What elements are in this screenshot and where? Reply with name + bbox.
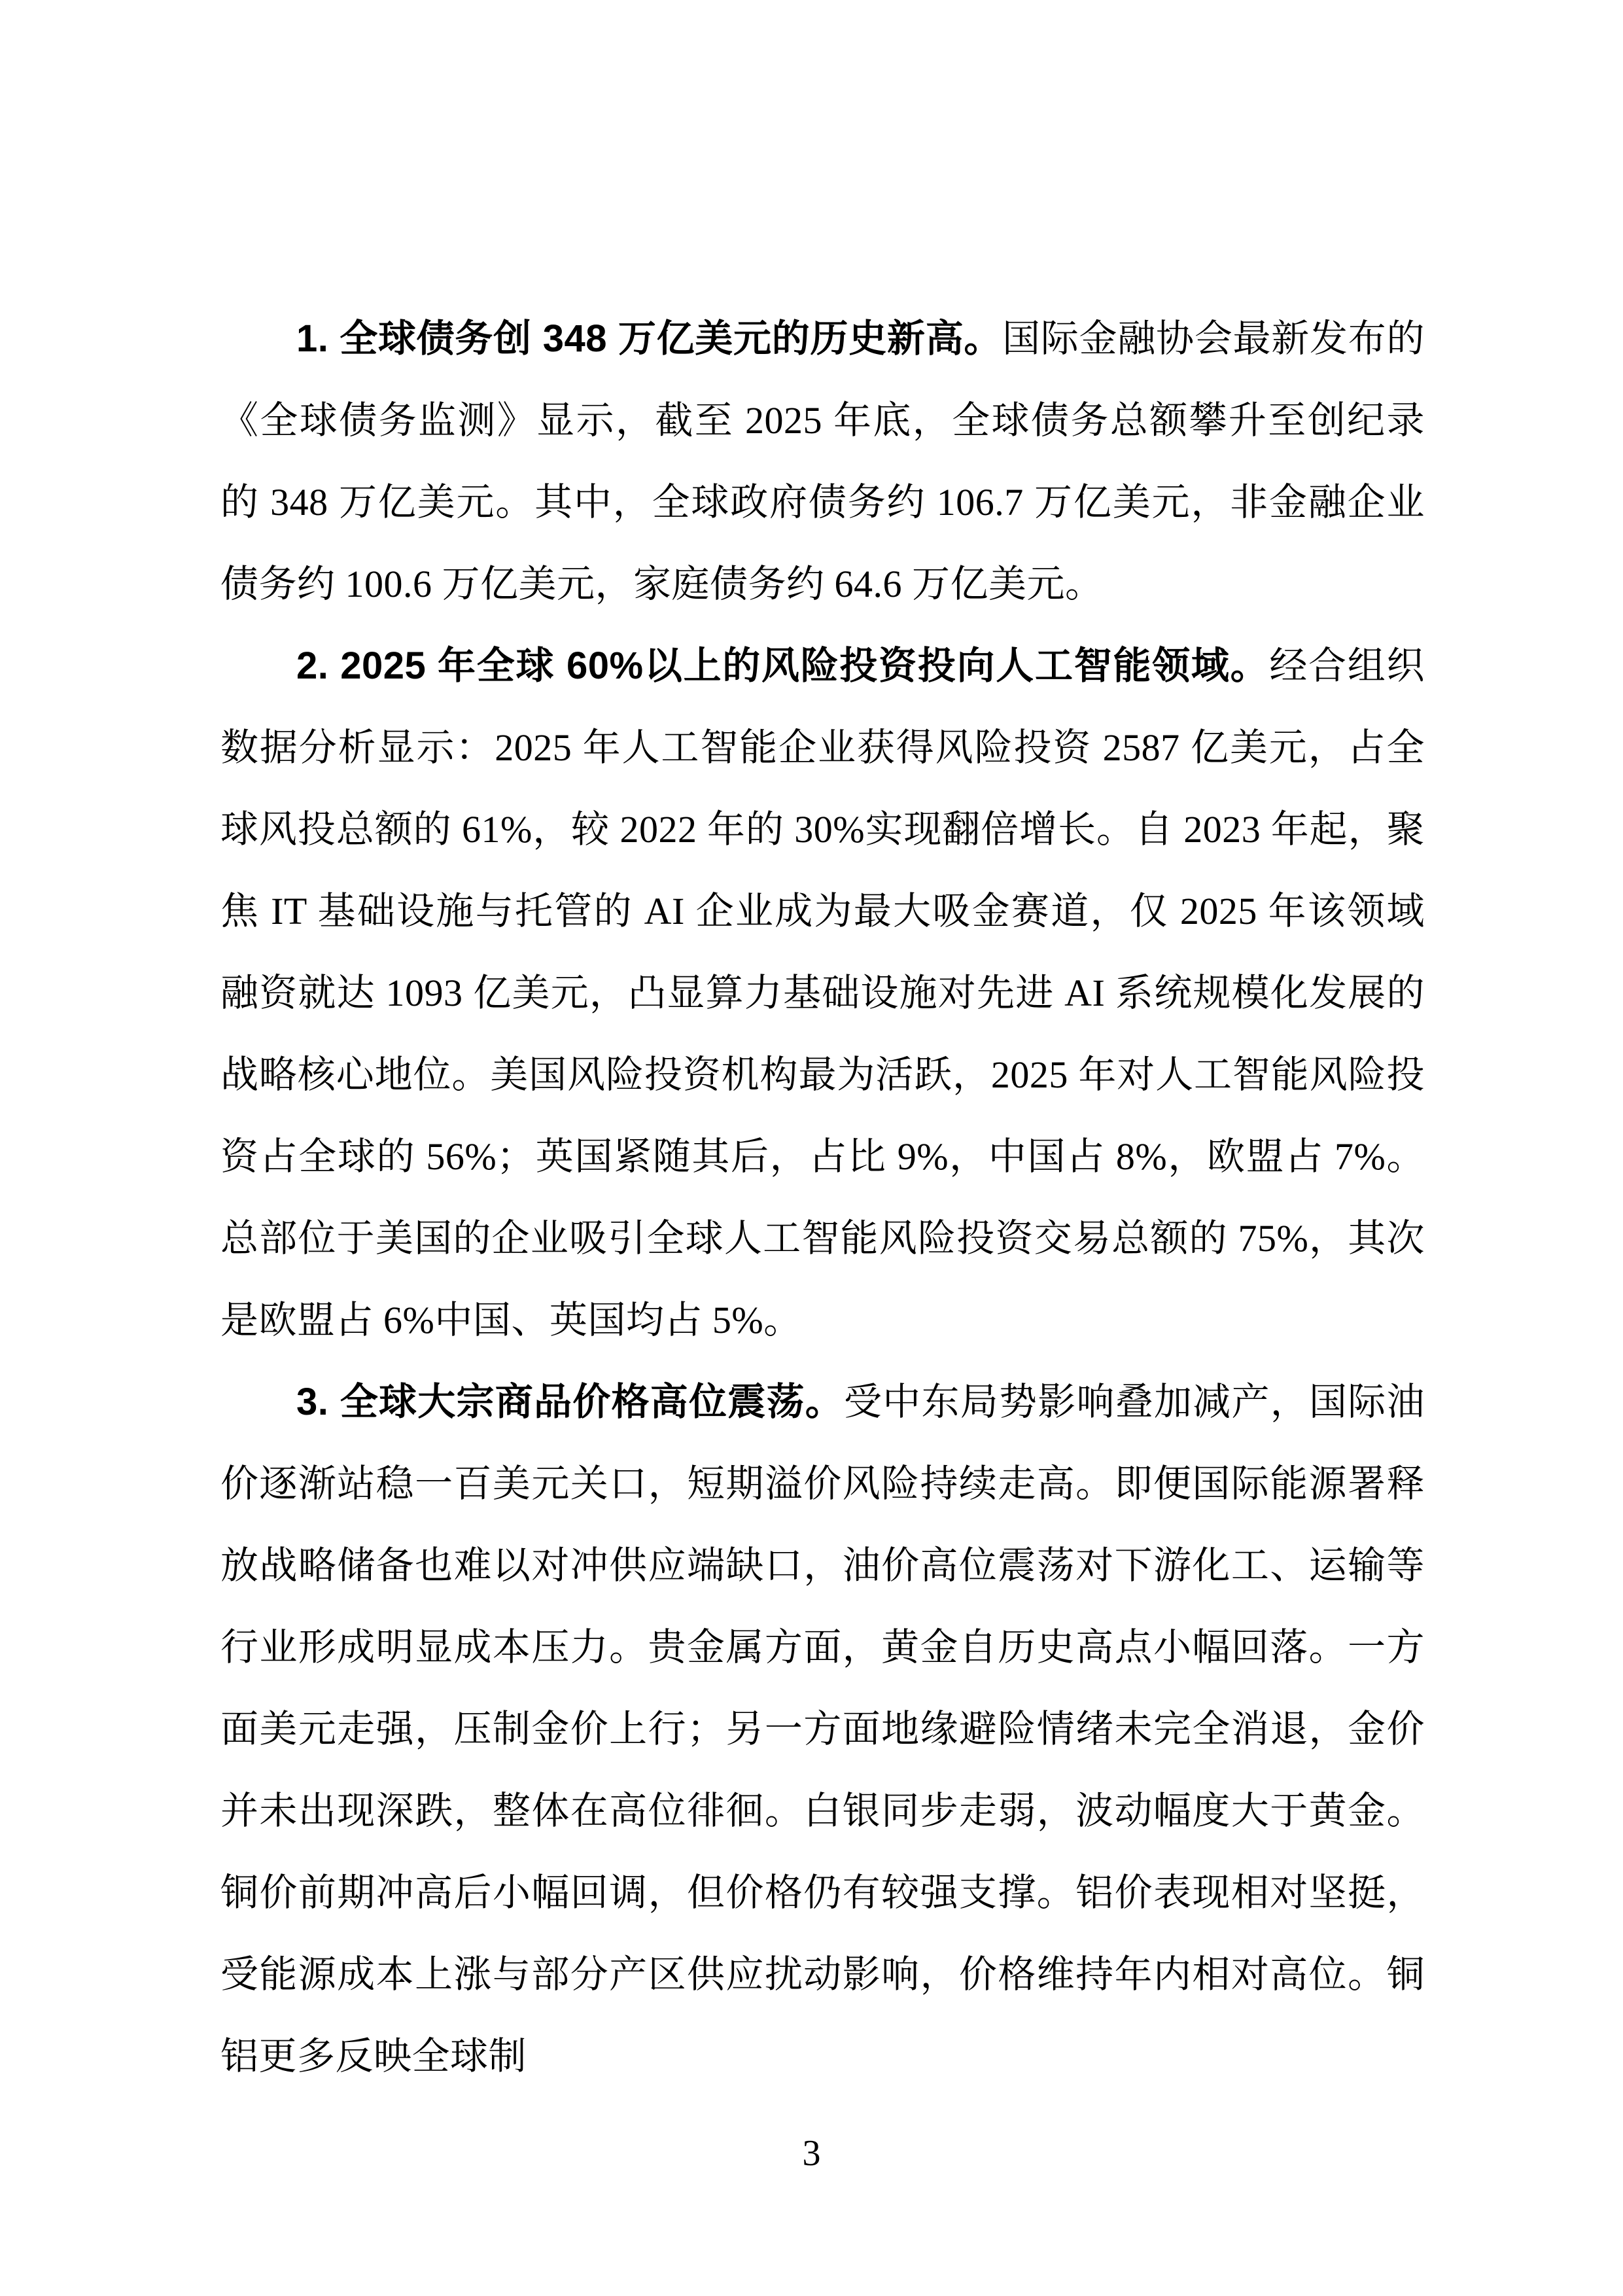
page-number: 3 — [0, 2132, 1623, 2175]
paragraph-1-heading: 1. 全球债务创 348 万亿美元的历史新高。 — [296, 317, 1002, 360]
document-page: { "page": { "background_color": "#ffffff… — [0, 0, 1623, 2296]
paragraph-3-heading: 3. 全球大宗商品价格高位震荡。 — [296, 1381, 844, 1423]
paragraph-3-text: 受中东局势影响叠加减产，国际油价逐渐站稳一百美元关口，短期溢价风险持续走高。即便… — [220, 1381, 1425, 2077]
paragraph-1: 1. 全球债务创 348 万亿美元的历史新高。国际金融协会最新发布的《全球债务监… — [220, 298, 1425, 625]
paragraph-1-text: 国际金融协会最新发布的《全球债务监测》显示，截至 2025 年底，全球债务总额攀… — [220, 317, 1425, 605]
paragraph-2-heading: 2. 2025 年全球 60%以上的风险投资投向人工智能领域。 — [296, 645, 1269, 687]
paragraph-2-text: 经合组织数据分析显示：2025 年人工智能企业获得风险投资 2587 亿美元，占… — [220, 645, 1425, 1341]
document-body: 1. 全球债务创 348 万亿美元的历史新高。国际金融协会最新发布的《全球债务监… — [220, 298, 1425, 2097]
paragraph-3: 3. 全球大宗商品价格高位震荡。受中东局势影响叠加减产，国际油价逐渐站稳一百美元… — [220, 1361, 1425, 2097]
paragraph-2: 2. 2025 年全球 60%以上的风险投资投向人工智能领域。经合组织数据分析显… — [220, 625, 1425, 1361]
